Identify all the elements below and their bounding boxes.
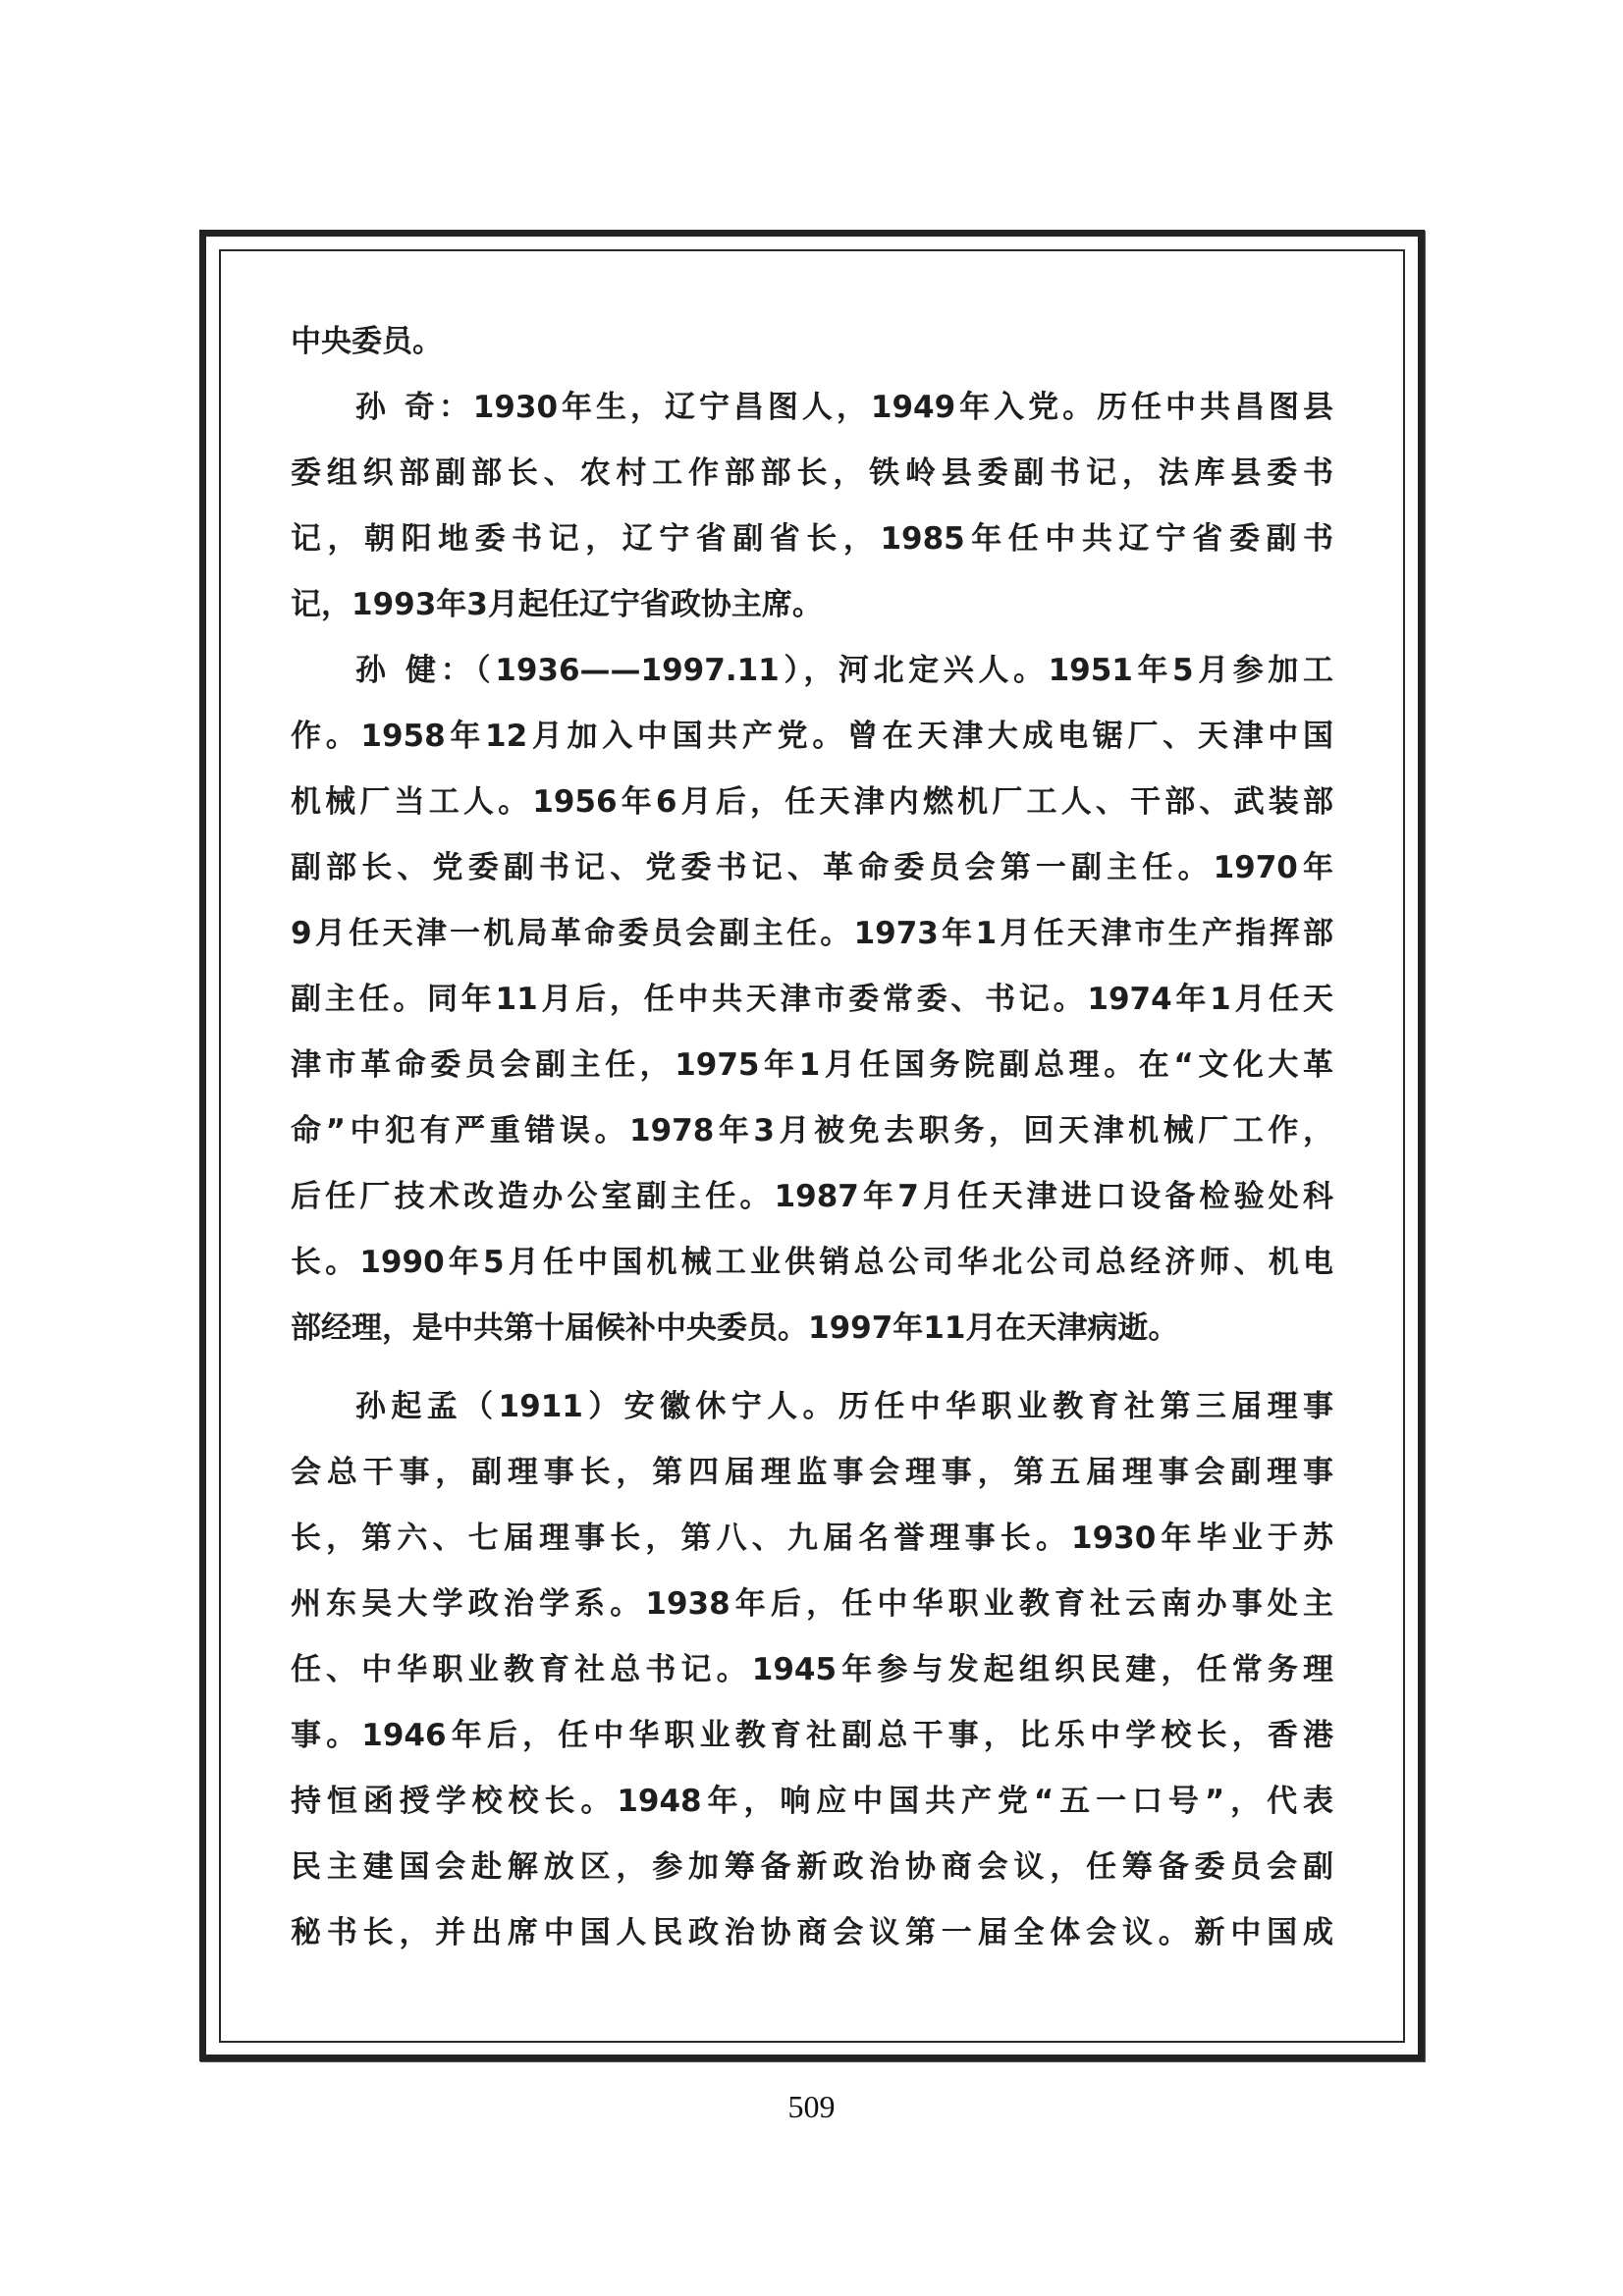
text-line: 部经理，是中共第十届候补中央委员。1997年11月在天津病逝。 xyxy=(291,1296,1333,1362)
text-line: 事。1946年后，任中华职业教育社副总干事，比乐中学校长，香港 xyxy=(291,1703,1333,1769)
text-line: 孙 健：（1936——1997.11），河北定兴人。1951年5月参加工 xyxy=(291,638,1333,704)
text-line: 州东吴大学政治学系。1938年后，任中华职业教育社云南办事处主 xyxy=(291,1572,1333,1637)
text-line: 中央委员。 xyxy=(291,309,1333,375)
text-line: 任、中华职业教育社总书记。1945年参与发起组织民建，任常务理 xyxy=(291,1637,1333,1703)
text-line: 机械厂当工人。1956年6月后，任天津内燃机厂工人、干部、武装部 xyxy=(291,770,1333,835)
text-line: 记，1993年3月起任辽宁省政协主席。 xyxy=(291,572,1333,638)
text-line: 孙起孟（1911）安徽休宁人。历任中华职业教育社第三届理事 xyxy=(291,1374,1333,1440)
body-text: 中央委员。 孙 奇：1930年生，辽宁昌图人，1949年入党。历任中共昌图县 委… xyxy=(291,309,1333,1966)
text-line: 秘书长，并出席中国人民政治协商会议第一届全体会议。新中国成 xyxy=(291,1900,1333,1966)
text-line: 9月任天津一机局革命委员会副主任。1973年1月任天津市生产指挥部 xyxy=(291,901,1333,967)
text-line: 津市革命委员会副主任，1975年1月任国务院副总理。在“文化大革 xyxy=(291,1033,1333,1098)
text-line: 长。1990年5月任中国机械工业供销总公司华北公司总经济师、机电 xyxy=(291,1230,1333,1296)
text-line: 委组织部副部长、农村工作部部长，铁岭县委副书记，法库县委书 xyxy=(291,441,1333,507)
paragraph-sun-jian: 孙 健：（1936——1997.11），河北定兴人。1951年5月参加工 作。1… xyxy=(291,638,1333,1362)
paragraph-sun-qimeng: 孙起孟（1911）安徽休宁人。历任中华职业教育社第三届理事 会总干事，副理事长，… xyxy=(291,1374,1333,1966)
text-line: 记，朝阳地委书记，辽宁省副省长，1985年任中共辽宁省委副书 xyxy=(291,507,1333,572)
text-line: 后任厂技术改造办公室副主任。1987年7月任天津进口设备检验处科 xyxy=(291,1164,1333,1230)
text-line: 副主任。同年11月后，任中共天津市委常委、书记。1974年1月任天 xyxy=(291,967,1333,1033)
text-line: 持恒函授学校校长。1948年，响应中国共产党“五一口号”，代表 xyxy=(291,1769,1333,1835)
paragraph-sun-qi: 孙 奇：1930年生，辽宁昌图人，1949年入党。历任中共昌图县 委组织部副部长… xyxy=(291,375,1333,638)
page-number: 509 xyxy=(0,2089,1623,2125)
paragraph-spacer xyxy=(291,1362,1333,1374)
text-line: 副部长、党委副书记、党委书记、革命委员会第一副主任。1970年 xyxy=(291,835,1333,901)
paragraph-continuation: 中央委员。 xyxy=(291,309,1333,375)
text-line: 民主建国会赴解放区，参加筹备新政治协商会议，任筹备委员会副 xyxy=(291,1835,1333,1900)
text-line: 命”中犯有严重错误。1978年3月被免去职务，回天津机械厂工作， xyxy=(291,1098,1333,1164)
text-line: 长，第六、七届理事长，第八、九届名誉理事长。1930年毕业于苏 xyxy=(291,1506,1333,1572)
text-line: 作。1958年12月加入中国共产党。曾在天津大成电锯厂、天津中国 xyxy=(291,704,1333,770)
text-line: 孙 奇：1930年生，辽宁昌图人，1949年入党。历任中共昌图县 xyxy=(291,375,1333,441)
text-line: 会总干事，副理事长，第四届理监事会理事，第五届理事会副理事 xyxy=(291,1440,1333,1506)
